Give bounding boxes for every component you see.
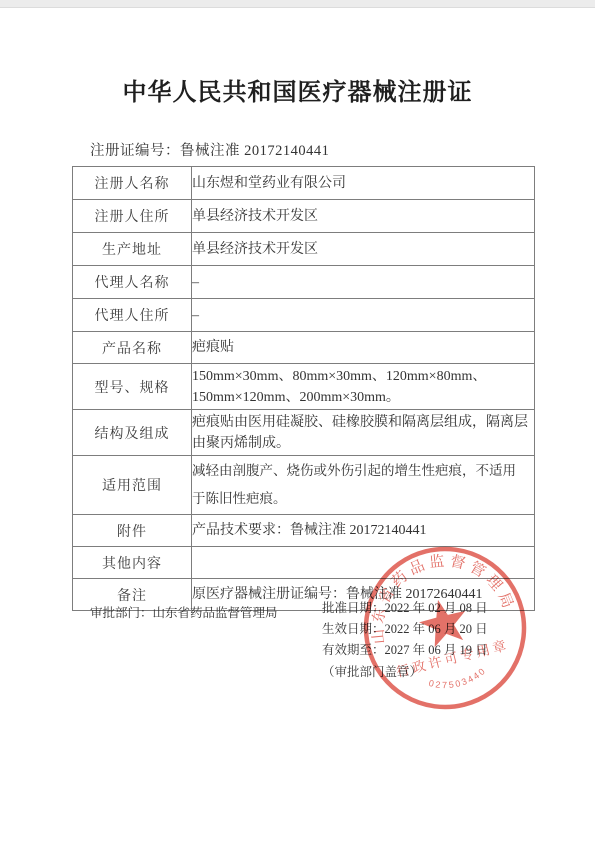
row-label: 生产地址 [73,233,192,266]
certificate-table: 注册人名称 山东煜和堂药业有限公司 注册人住所 单县经济技术开发区 生产地址 单… [72,166,535,611]
row-label: 代理人住所 [73,299,192,332]
seal-note: （审批部门盖章） [322,662,422,680]
certificate-page: 中华人民共和国医疗器械注册证 注册证编号：鲁械注准 20172140441 注册… [0,0,595,846]
table-row: 生产地址 单县经济技术开发区 [73,233,535,266]
table-row: 附件 产品技术要求：鲁械注准 20172140441 [73,515,535,547]
table-row: 型号、规格 150mm×30mm、80mm×30mm、120mm×80mm、 1… [73,364,535,410]
table-row: 注册人住所 单县经济技术开发区 [73,200,535,233]
table-row: 产品名称 疤痕贴 [73,332,535,364]
row-value: 单县经济技术开发区 [192,200,535,233]
seal-number-text: 027503440 [426,664,491,696]
row-value: – [192,299,535,332]
scan-edge-artifact [0,0,595,8]
table-row: 代理人住所 – [73,299,535,332]
table-row: 结构及组成 疤痕贴由医用硅凝胶、硅橡胶膜和隔离层组成，隔离层 由聚丙烯制成。 [73,410,535,456]
approval-date: 批准日期：2022 年 02 月 08 日 [322,598,488,619]
row-value: 减轻由剖腹产、烧伤或外伤引起的增生性疤痕，不适用 于陈旧性疤痕。 [192,456,535,515]
svg-text:027503440: 027503440 [426,664,491,696]
effective-date: 生效日期：2022 年 06 月 20 日 [322,619,488,640]
registration-number-line: 注册证编号：鲁械注准 20172140441 [90,139,329,160]
approval-department: 审批部门：山东省药品监督管理局 [90,603,278,621]
row-value: 单县经济技术开发区 [192,233,535,266]
row-label: 代理人名称 [73,266,192,299]
row-value [192,547,535,579]
row-value: 疤痕贴由医用硅凝胶、硅橡胶膜和隔离层组成，隔离层 由聚丙烯制成。 [192,410,535,456]
row-label: 产品名称 [73,332,192,364]
row-value: – [192,266,535,299]
row-value: 山东煜和堂药业有限公司 [192,167,535,200]
page-title: 中华人民共和国医疗器械注册证 [0,72,595,107]
row-label: 适用范围 [73,456,192,515]
row-value: 150mm×30mm、80mm×30mm、120mm×80mm、 150mm×1… [192,364,535,410]
table-row: 适用范围 减轻由剖腹产、烧伤或外伤引起的增生性疤痕，不适用 于陈旧性疤痕。 [73,456,535,515]
row-label: 注册人名称 [73,167,192,200]
table-row: 注册人名称 山东煜和堂药业有限公司 [73,167,535,200]
table-row: 代理人名称 – [73,266,535,299]
row-label: 其他内容 [73,547,192,579]
table-row: 其他内容 [73,547,535,579]
date-block: 批准日期：2022 年 02 月 08 日 生效日期：2022 年 06 月 2… [322,598,488,661]
expiry-date: 有效期至：2027 年 06 月 19 日 [322,640,488,661]
row-label: 附件 [73,515,192,547]
row-label: 注册人住所 [73,200,192,233]
row-value: 疤痕贴 [192,332,535,364]
row-label: 结构及组成 [73,410,192,456]
row-label: 型号、规格 [73,364,192,410]
row-value: 产品技术要求：鲁械注准 20172140441 [192,515,535,547]
